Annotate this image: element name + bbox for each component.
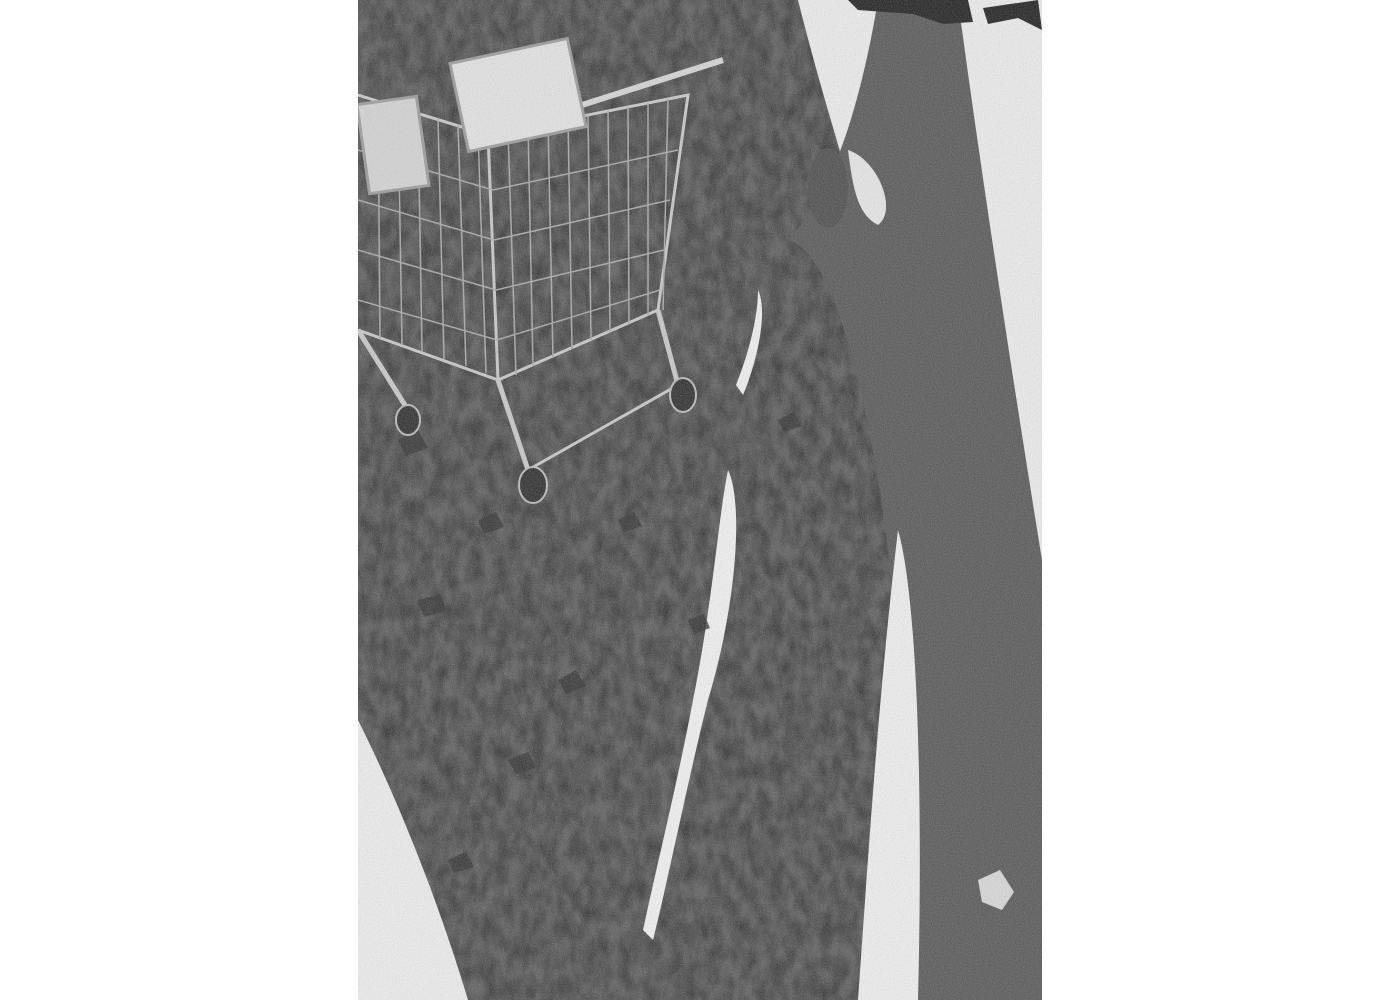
film-grain [358,0,1042,1000]
photo-canvas [358,0,1042,1000]
photograph [358,0,1042,1000]
